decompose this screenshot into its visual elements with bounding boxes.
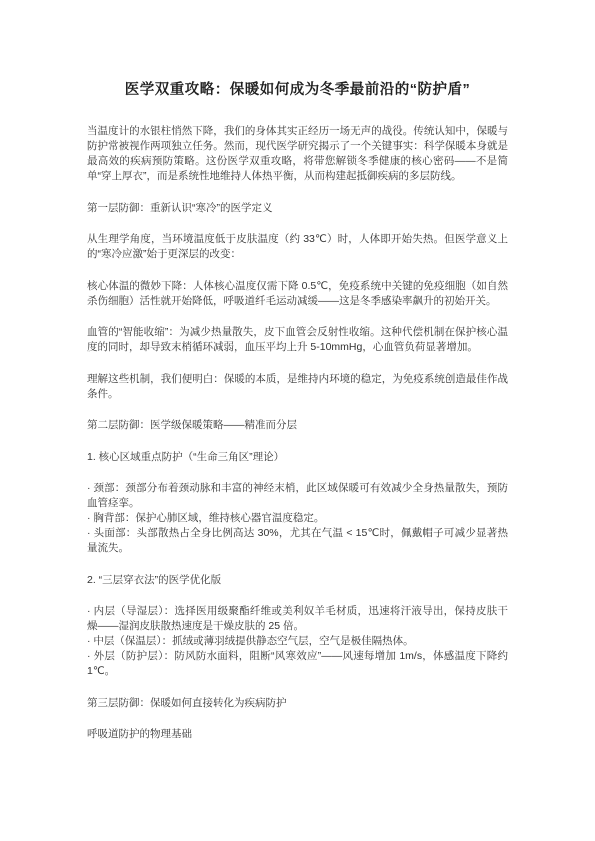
three-layers-list: · 内层（导湿层）：选择医用级聚酯纤维或美利奴羊毛材质，迅速将汗液导出，保持皮肤… (87, 604, 508, 679)
document-page: 医学双重攻略：保暖如何成为冬季最前沿的“防护盾” 当温度计的水银柱悄然下降，我们… (0, 0, 595, 841)
list-item-neck: · 颈部：颈部分布着颈动脉和丰富的神经末梢，此区域保暖可有效减少全身热量散失，预… (87, 481, 508, 511)
list-item-outer-layer: · 外层（防护层）：防风防水面料，阻断“风寒效应”——风速每增加 1m/s，体感… (87, 649, 508, 679)
section3-paragraph-respiratory: 呼吸道防护的物理基础 (87, 727, 508, 742)
list-item-head-face: · 头面部：头部散热占全身比例高达 30%，尤其在气温 < 15℃时，佩戴帽子可… (87, 526, 508, 556)
list-item-middle-layer: · 中层（保温层）：抓绒或薄羽绒提供静态空气层，空气是极佳隔热体。 (87, 634, 508, 649)
list-item-inner-layer: · 内层（导湿层）：选择医用级聚酯纤维或美利奴羊毛材质，迅速将汗液导出，保持皮肤… (87, 604, 508, 634)
section2-heading: 第二层防御：医学级保暖策略——精准而分层 (87, 418, 508, 433)
section2-subheading-three-layers: 2. “三层穿衣法”的医学优化版 (87, 573, 508, 588)
section2-subheading-core-zones: 1. 核心区域重点防护（“生命三角区”理论） (87, 450, 508, 465)
page-title: 医学双重攻略：保暖如何成为冬季最前沿的“防护盾” (87, 80, 508, 100)
list-item-chest-back: · 胸背部：保护心肺区域，维持核心器官温度稳定。 (87, 511, 508, 526)
section1-paragraph-summary: 理解这些机制，我们便明白：保暖的本质，是维持内环境的稳定，为免疫系统创造最佳作战… (87, 372, 508, 402)
section1-heading: 第一层防御：重新认识“寒冷”的医学定义 (87, 201, 508, 216)
section1-paragraph-physiology: 从生理学角度，当环境温度低于皮肤温度（约 33℃）时，人体即开始失热。但医学意义… (87, 232, 508, 262)
intro-paragraph: 当温度计的水银柱悄然下降，我们的身体其实正经历一场无声的战役。传统认知中，保暖与… (87, 124, 508, 184)
section1-paragraph-vasoconstriction: 血管的“智能收缩”：为减少热量散失，皮下血管会反射性收缩。这种代偿机制在保护核心… (87, 325, 508, 355)
section1-paragraph-core-temperature: 核心体温的微妙下降：人体核心温度仅需下降 0.5℃，免疫系统中关键的免疫细胞（如… (87, 279, 508, 309)
section3-heading: 第三层防御：保暖如何直接转化为疾病防护 (87, 696, 508, 711)
core-zones-list: · 颈部：颈部分布着颈动脉和丰富的神经末梢，此区域保暖可有效减少全身热量散失，预… (87, 481, 508, 556)
